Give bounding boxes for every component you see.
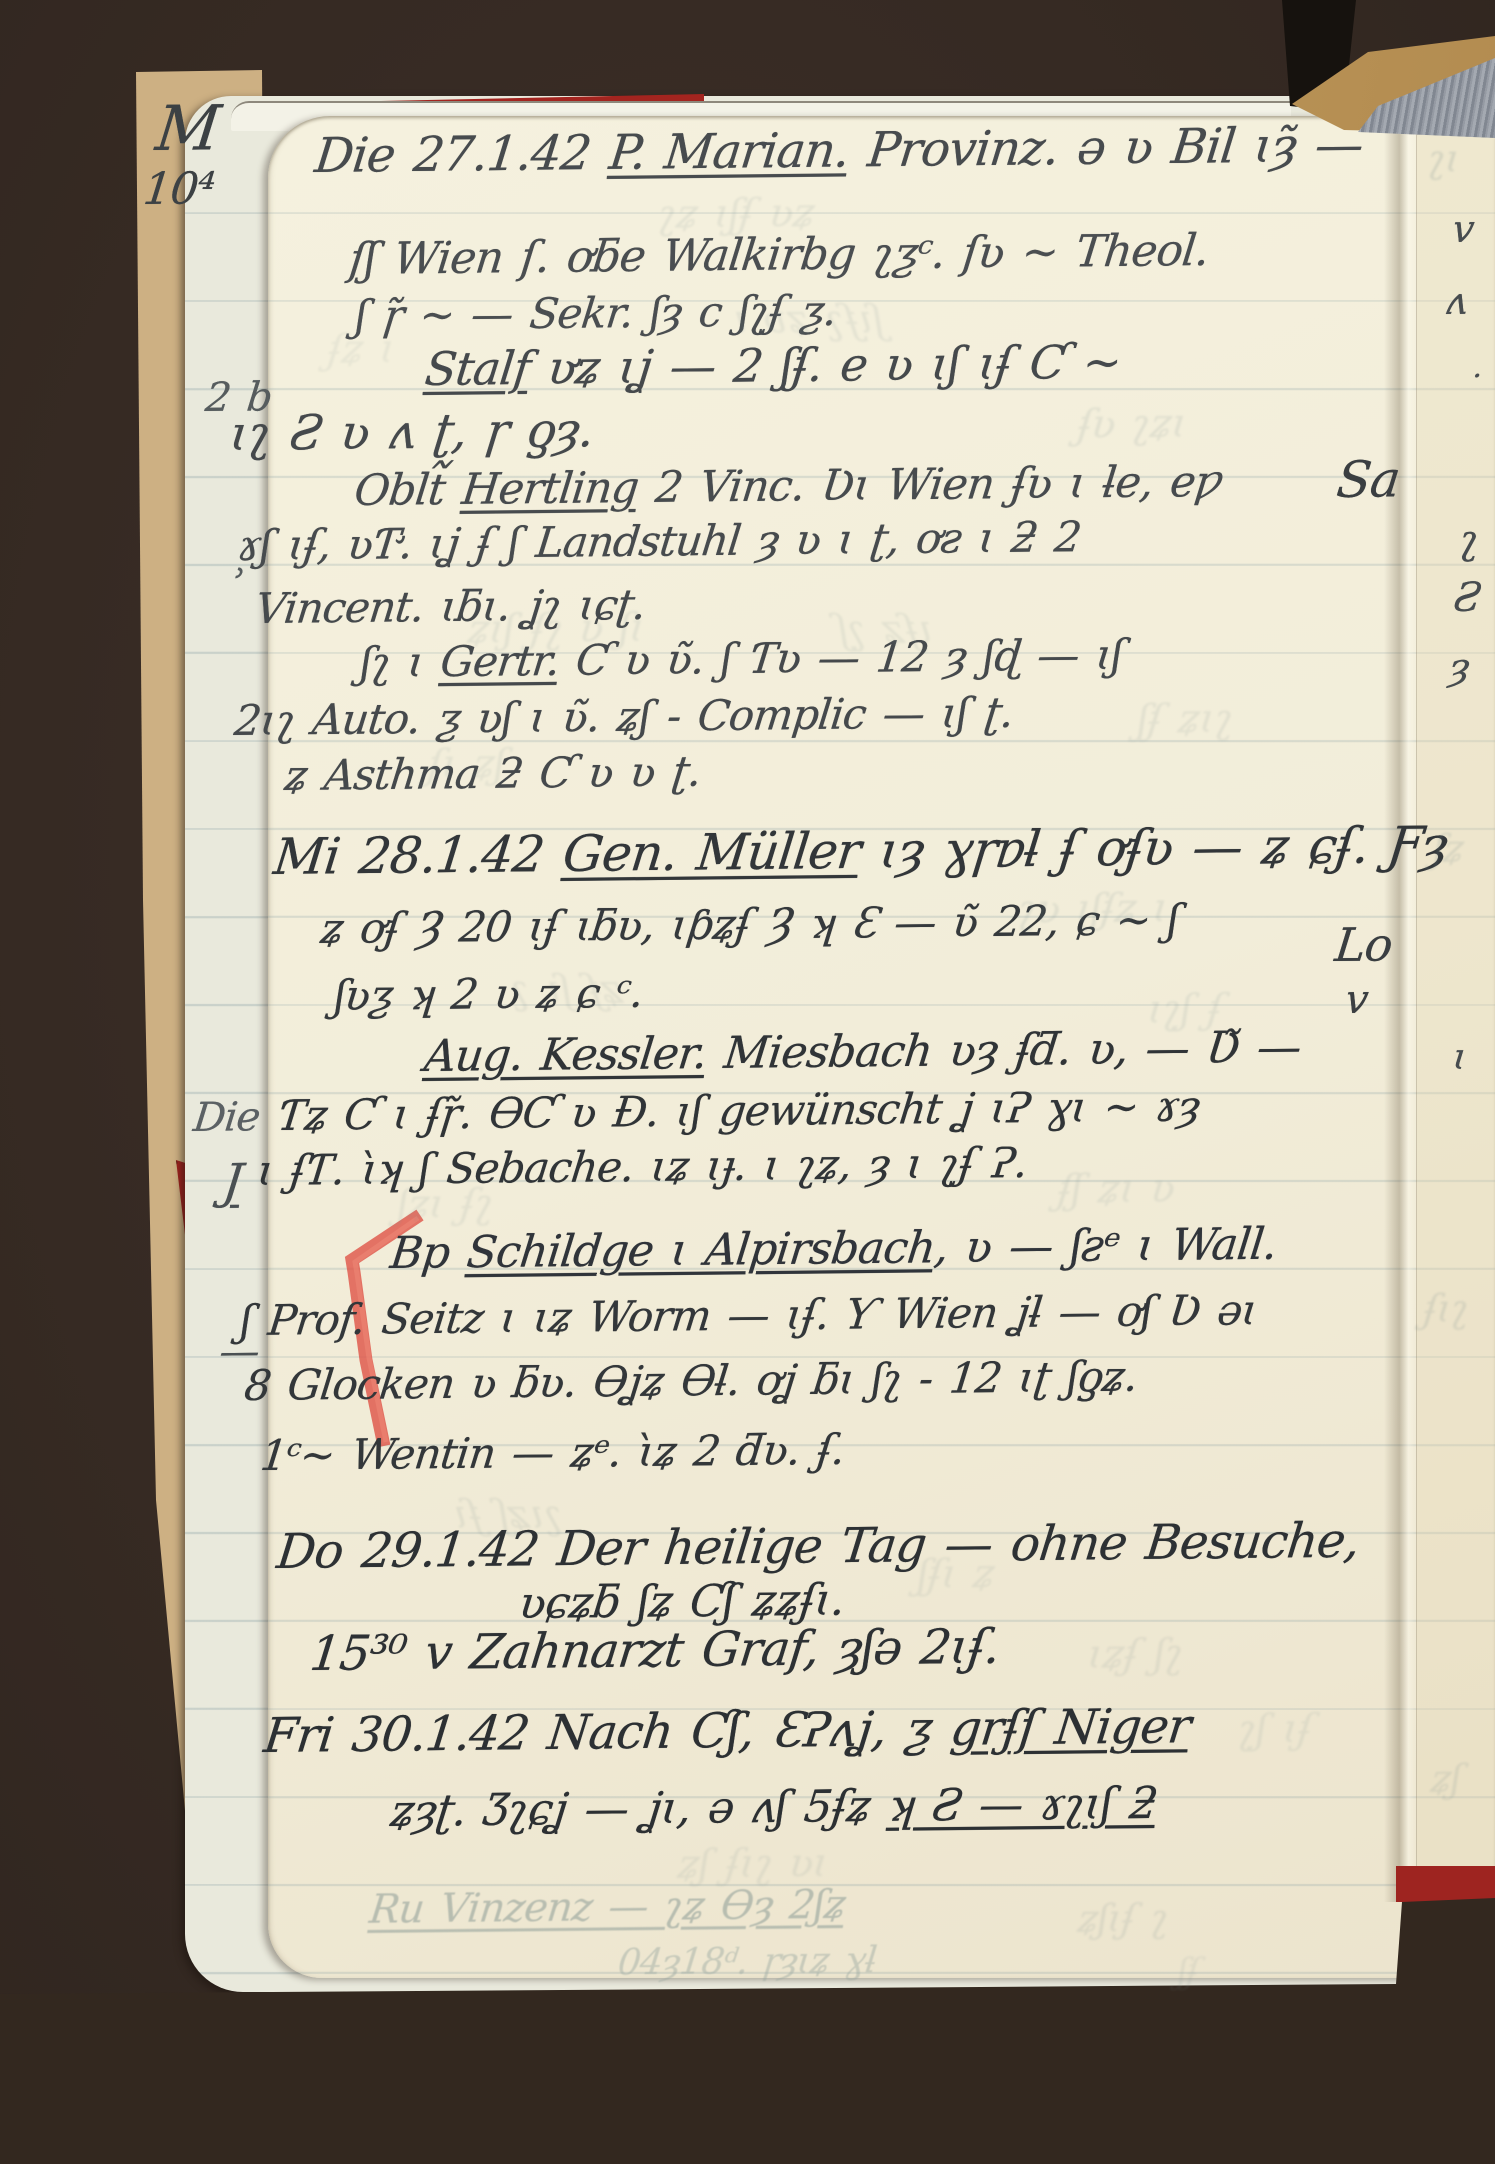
ghost-writing: ʅɩ: [1426, 140, 1462, 178]
margin-note-left: M: [153, 97, 223, 160]
handwriting-line: 8 Glocken ʋ ƃʋ. Ɵʝʑ Ɵƚ. ơʝ ƃɩ ʃʅ - 12 ɩʈ…: [242, 1356, 1139, 1407]
ghost-writing: ʑʃ ʄɩʅ ʋɩ: [676, 1843, 830, 1885]
handwriting-line: Bp Schildge ɩ Alpirsbach, ʋ — ʃƨᵉ ɩ Wall…: [388, 1223, 1279, 1276]
handwriting-line: 2ɩʅ Auto. ƺ ʋʃ ɩ ʋ̃. ʑʃ - Complic — ɩʃ ʈ…: [232, 692, 1015, 742]
margin-note-right: ʌ: [1444, 282, 1469, 320]
handwriting-line: Stalf ʋ̛ʑ ɩʝ — 2 ʃʄ. e ʋ ɩʃ ɩʄ Ƈ ~: [423, 339, 1124, 392]
ghost-writing: ʄɩʅ: [1422, 1290, 1471, 1328]
margin-note-right: Sa: [1334, 454, 1402, 505]
ghost-writing: ʃɩʄʅ ʑʋ ɩ: [730, 300, 885, 340]
ghost-writing: ʅʋ ɩʃʄʑ ɩ: [1016, 888, 1170, 930]
margin-note-right: ʅ: [1458, 520, 1481, 560]
handwriting-line: ɩ ʄƬ. ɩ̀ʞ ʃ Sebache. ɩʑ ɩɟ. ɩ ʅʑ, ȝ ɩ ʅʄ…: [255, 1142, 1029, 1192]
handwriting-line: 1ᶜ~ Wentin — ʑᵉ. ɩ̀ʑ 2 ƌʋ. ʄ.: [258, 1429, 846, 1477]
ghost-writing: ʑʄ ʃɩ ʅ: [508, 970, 625, 1010]
handwriting-line: ɤʃ ɩʄ, ʋƬ̛. ɩʝ ʄ ʃ Landstuhl ȝ ʋ ɩ ʈ, ơƨ…: [235, 516, 1083, 567]
margin-note-right: Ƨ: [1452, 578, 1483, 618]
handwriting-line: Aug. Kessler. Miesbach ʋȝ ʄƌ. ʋ, — Ʋ̃ —: [422, 1026, 1303, 1079]
handwriting-line: Fri 30.1.42 Nach Ƈʃ, ƐɁʌʝ, ƺ grʄſ Niger: [262, 1702, 1193, 1760]
ghost-writing: ʅɩʑʃ ʄɩ: [450, 1495, 565, 1535]
margin-note-left: 2 b: [204, 377, 274, 418]
ghost-writing: ɩʅʃ ʄ: [1146, 989, 1224, 1030]
margin-note-left: ʾ: [228, 565, 244, 605]
handwriting-line: ɩʅ Ƨ ʋ ʌ ʈ, ɼ ƍȝ.: [228, 406, 596, 458]
pencil-note: Ru Vinzenz — ʅʑ Ɵȝ 2ʃʑ: [368, 1885, 848, 1930]
diary-photo: Die 27.1.42 P. Marian. Provinz. ǝ ʋ Bil …: [0, 0, 1495, 2164]
ghost-writing: ʄʃ ʑɩ ʋ: [1056, 1169, 1177, 1210]
ghost-writing: ɩʑʄ ʃʅ: [1086, 1634, 1186, 1675]
ghost-writing: ʃʄ: [1176, 1955, 1200, 1989]
margin-note-right: ɩ: [1451, 1040, 1468, 1076]
handwriting-line: Mi 28.1.42 Gen. Müller ɩȝ ɣɼɐƚ ʄ ơʄʋ — ʑ…: [271, 820, 1449, 882]
margin-note-right: ȝ: [1448, 648, 1471, 686]
margin-note-left: J: [221, 1158, 245, 1206]
ghost-writing: ʃʄ ʑɩʅ: [1136, 699, 1236, 740]
handwriting-layer: Die 27.1.42 P. Marian. Provinz. ǝ ʋ Bil …: [0, 0, 1495, 2164]
margin-note-right: Lo: [1333, 921, 1394, 968]
ghost-writing: ʃʑɩ ʄʅ: [396, 1184, 496, 1225]
handwriting-line: ʃ Prof. Seitz ɩ ɩʑ Worm — ɩʄ. Ƴ Wien ʝƚ …: [238, 1289, 1259, 1342]
ghost-writing: ʑʃ: [1429, 1760, 1463, 1798]
handwriting-line: Do 29.1.42 Der heilige Tag — ohne Besuch…: [275, 1517, 1362, 1576]
ghost-writing: ʃʄɩ ʑ: [916, 1554, 997, 1595]
ghost-writing: ɩʄʑ ʅʃ: [835, 610, 935, 650]
margin-note-left: —: [218, 1332, 262, 1372]
ghost-writing: ʃʑ: [1432, 830, 1466, 868]
handwriting-line: ʋɕʑƃ ʃʑ Ƈʃ ʑʑʄɩ.: [517, 1579, 847, 1626]
margin-note-right: v: [1451, 210, 1476, 248]
handwriting-line: 15³⁰ v Zahnarzt Graf, ȝʃǝ 2ɩʄ.: [308, 1623, 1002, 1678]
ghost-writing: ʄʋ ʅʑɩ: [1076, 404, 1189, 445]
ghost-writing: ʄʑ ɩ: [326, 329, 397, 370]
margin-note-right: ·: [1471, 362, 1483, 392]
ghost-writing: ʅʑ ɩʃʄ ʋʑ: [656, 193, 817, 235]
margin-note-left: Die: [192, 1097, 262, 1138]
handwriting-line: ſʃ Wien ſ. ơƃe Walkirbg ʅƺᶜ. ſʋ ~ Theol.: [347, 229, 1211, 282]
handwriting-line: Oblt᷉ Hertling 2 Vinc. Ʋɩ Wien ʄʋ ɩ ƚe, …: [352, 461, 1223, 513]
handwriting-line: ʑȝʈ. Ʒʅɕʝ — ʝɩ, ǝ ʌʃ 5ʄʑ ʞ Ƨ — ɤʅɩʃ ƻ: [388, 1782, 1159, 1834]
ghost-writing: ʑɩʃ ʄʅ ʋ ʃɩ: [466, 608, 647, 650]
ghost-writing: ʅʃ ɩʄ: [1236, 1709, 1314, 1750]
pencil-note: 04ȝ18ᵈ. ɼȝɩʑ ɣƚ: [616, 1943, 878, 1982]
margin-note-left: 10⁴: [141, 167, 217, 212]
ghost-writing: ʑʃɩʄ ʅ: [1076, 1899, 1171, 1938]
ghost-writing: ʄɩ ʑʃ: [426, 744, 507, 785]
handwriting-line: Die 27.1.42 P. Marian. Provinz. ǝ ʋ Bil …: [313, 121, 1366, 180]
handwriting-line: Ƭʑ Ƈ ɩ ʄɼ̃. ƟƇ ʋ Ɖ. ɩʃ gewünscht ʝ ɩɁ ɣɩ…: [275, 1085, 1201, 1137]
margin-note-right: v: [1344, 980, 1370, 1020]
